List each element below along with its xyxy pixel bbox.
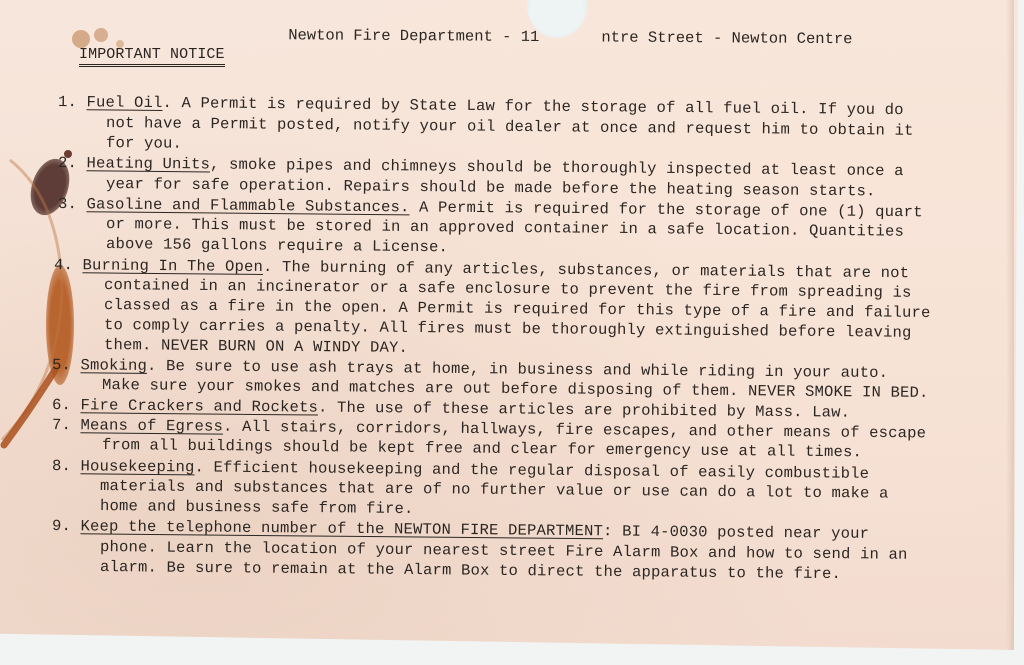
notice-paper: Newton Fire Department - 11ntre Street -… [0,0,1018,650]
item-2-heading: Heating Units [86,154,210,173]
notice-title: IMPORTANT NOTICE [79,46,225,67]
item-5-heading: Smoking [80,356,147,375]
paper-edge [1006,0,1014,650]
header-right: ntre Street - Newton Centre [601,28,852,48]
item-3-line-3: above 156 gallons require a License. [106,235,448,256]
item-1-line-3: for you. [106,134,182,153]
item-6-heading: Fire Crackers and Rockets [80,396,318,416]
item-4-line-5: them. NEVER BURN ON A WINDY DAY. [104,336,408,357]
item-8-heading: Housekeeping [80,457,194,476]
item-8-line-3: home and business safe from fire. [100,497,414,518]
item-9-heading: Keep the telephone number of the NEWTON … [80,517,603,540]
header-left: Newton Fire Department - 11 [288,26,539,46]
item-3-heading: Gasoline and Flammable Substances. [86,195,409,216]
stain-spot-2 [94,28,108,42]
item-4-heading: Burning In The Open [82,256,263,276]
item-7-heading: Means of Egress [80,416,223,435]
item-1-heading: Fuel Oil [86,93,162,112]
